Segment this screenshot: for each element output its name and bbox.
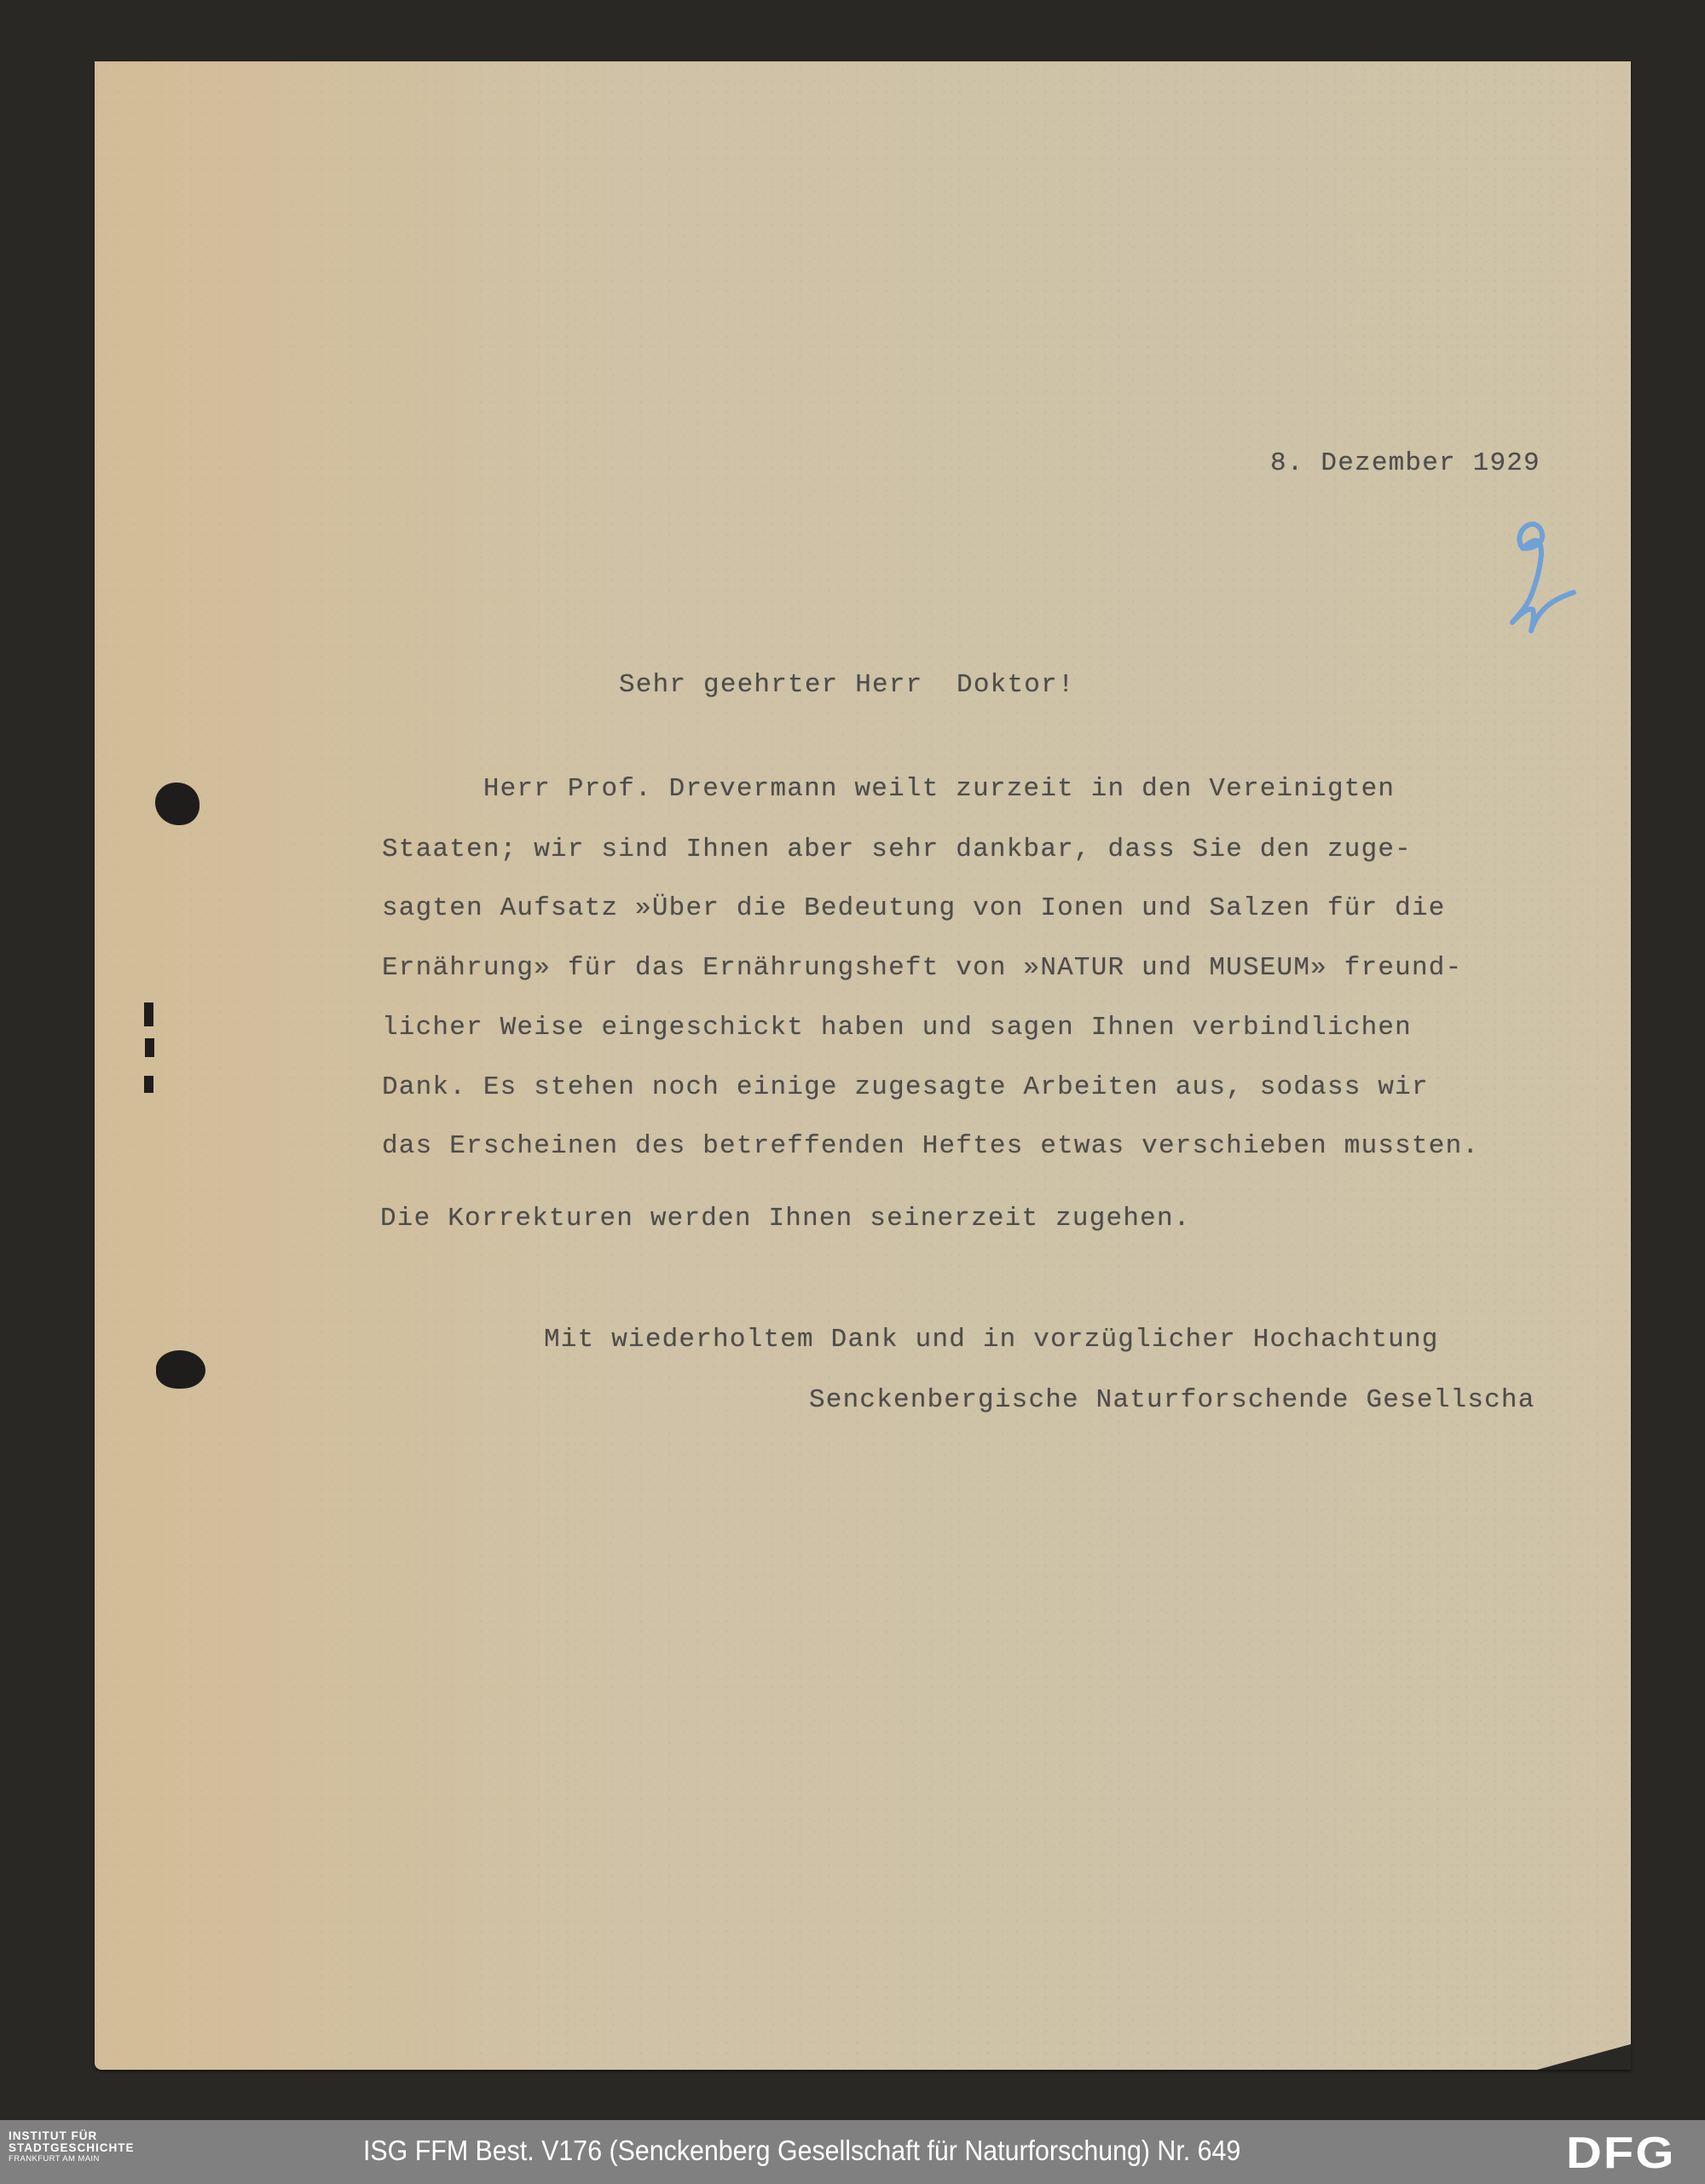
letter-date: 8. Dezember 1929 (1270, 448, 1540, 478)
body-line: Staaten; wir sind Ihnen aber sehr dankba… (382, 835, 1412, 864)
body-line: Herr Prof. Drevermann weilt zurzeit in d… (382, 774, 1395, 804)
archive-reference-title: ISG FFM Best. V176 (Senckenberg Gesellsc… (363, 2135, 1240, 2167)
scan-background: 8. Dezember 1929 Sehr geehrter Herr Dokt… (0, 0, 1705, 2120)
body-line: sagten Aufsatz »Über die Bedeutung von I… (382, 893, 1446, 923)
punch-hole-top (155, 783, 199, 825)
punch-hole-bottom (156, 1350, 205, 1389)
institute-name-line1: INSTITUT FÜR (9, 2130, 135, 2142)
signature-organization: Senckenbergische Naturforschende Gesells… (809, 1385, 1535, 1415)
institute-location: FRANKFURT AM MAIN (9, 2155, 135, 2164)
body-line: licher Weise eingeschickt haben und sage… (382, 1013, 1412, 1043)
staple-mark (144, 1002, 153, 1026)
salutation: Sehr geehrter Herr Doktor! (619, 670, 1075, 700)
body-line: Dank. Es stehen noch einige zugesagte Ar… (382, 1072, 1429, 1102)
body-line: Ernährung» für das Ernährungsheft von »N… (382, 953, 1462, 983)
institute-name-line2: STADTGESCHICHTE (9, 2142, 135, 2154)
staple-mark (144, 1076, 153, 1093)
body-line: das Erscheinen des betreffenden Heftes e… (382, 1131, 1479, 1161)
body-line: Die Korrekturen werden Ihnen seinerzeit … (380, 1204, 1191, 1234)
institute-logo: INSTITUT FÜR STADTGESCHICHTE FRANKFURT A… (9, 2130, 135, 2164)
folded-corner (1537, 2044, 1631, 2070)
letter-page: 8. Dezember 1929 Sehr geehrter Herr Dokt… (95, 61, 1631, 2070)
handwritten-number-annotation (1497, 516, 1578, 635)
dfg-logo: DFG (1566, 2135, 1675, 2171)
closing-phrase: Mit wiederholtem Dank und in vorzügliche… (544, 1325, 1439, 1355)
archive-footer-bar: INSTITUT FÜR STADTGESCHICHTE FRANKFURT A… (0, 2120, 1705, 2184)
staple-mark (145, 1038, 154, 1057)
